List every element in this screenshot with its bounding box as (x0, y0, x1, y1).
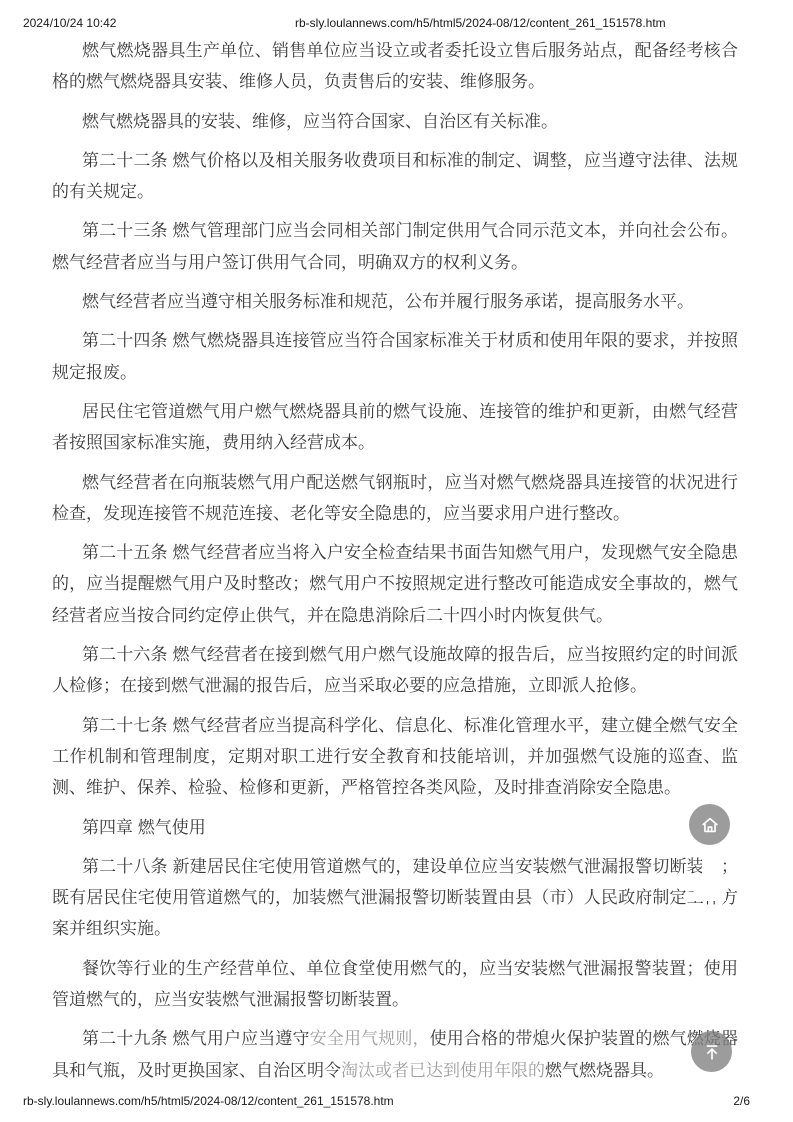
paragraph: 燃气经营者应当遵守相关服务标准和规范，公布并履行服务承诺，提高服务水平。 (52, 286, 738, 317)
render-artifact-patch (694, 884, 726, 901)
text-segment: 餐饮等行业的生产经营单位、单位食堂使用燃气的，应当安装燃气泄漏报警装置；使用管道… (52, 959, 738, 1009)
arrow-up-to-top-icon (701, 1041, 723, 1063)
text-segment: 第二十九条 燃气用户应当遵守 (82, 1029, 310, 1048)
paragraph: 燃气经营者在向瓶装燃气用户配送燃气钢瓶时，应当对燃气燃烧器具连接管的状况进行检查… (52, 467, 738, 530)
text-segment: 安全用气规则， (310, 1029, 430, 1048)
text-segment: 燃气经营者应当遵守相关服务标准和规范，公布并履行服务承诺，提高服务水平。 (82, 292, 694, 311)
paragraph: 第二十四条 燃气燃烧器具连接管应当符合国家标准关于材质和使用年限的要求，并按照规… (52, 325, 738, 388)
paragraph: 第二十二条 燃气价格以及相关服务收费项目和标准的制定、调整，应当遵守法律、法规的… (52, 145, 738, 208)
home-icon (699, 814, 721, 836)
paragraph: 燃气燃烧器具的安装、维修，应当符合国家、自治区有关标准。 (52, 106, 738, 137)
footer-page-number: 2/6 (733, 1094, 750, 1108)
footer-url: rb-sly.loulannews.com/h5/html5/2024-08/1… (23, 1094, 394, 1108)
paragraph: 第二十八条 新建居民住宅使用管道燃气的，建设单位应当安装燃气泄漏报警切断装置；既… (52, 851, 738, 945)
text-segment: 第二十五条 燃气经营者应当将入户安全检查结果书面告知燃气用户，发现燃气安全隐患的… (52, 543, 738, 625)
text-segment: 燃气燃烧器具的安装、维修，应当符合国家、自治区有关标准。 (82, 112, 558, 131)
article-body: 燃气燃烧器具生产单位、销售单位应当设立或者委托设立售后服务站点，配备经考核合格的… (52, 27, 738, 1086)
paragraph: 第二十九条 燃气用户应当遵守安全用气规则，使用合格的带熄火保护装置的燃气燃烧器具… (52, 1023, 738, 1086)
text-segment: 第二十七条 燃气经营者应当提高科学化、信息化、标准化管理水平，建立健全燃气安全工… (52, 716, 738, 798)
render-artifact-patch (702, 858, 722, 874)
print-page: 2024/10/24 10:42 rb-sly.loulannews.com/h… (0, 0, 793, 1122)
paragraph: 第二十五条 燃气经营者应当将入户安全检查结果书面告知燃气用户，发现燃气安全隐患的… (52, 537, 738, 631)
text-segment: 燃气燃烧器具。 (545, 1061, 664, 1080)
text-segment: 燃气燃烧器具生产单位、销售单位应当设立或者委托设立售后服务站点，配备经考核合格的… (52, 41, 738, 91)
text-segment: 第二十四条 燃气燃烧器具连接管应当符合国家标准关于材质和使用年限的要求，并按照规… (52, 331, 738, 381)
text-segment: 第二十八条 新建居民住宅使用管道燃气的，建设单位应当安装燃气泄漏报警切断装置；既… (52, 857, 738, 939)
text-segment: 居民住宅管道燃气用户燃气燃烧器具前的燃气设施、连接管的维护和更新，由燃气经营者按… (52, 402, 738, 452)
text-segment: 淘汰或者已达到使用年限的 (341, 1061, 545, 1080)
paragraph: 第二十三条 燃气管理部门应当会同相关部门制定供用气合同示范文本，并向社会公布。燃… (52, 215, 738, 278)
paragraph: 第二十六条 燃气经营者在接到燃气用户燃气设施故障的报告后，应当按照约定的时间派人… (52, 639, 738, 702)
text-segment: 第二十三条 燃气管理部门应当会同相关部门制定供用气合同示范文本，并向社会公布。燃… (52, 221, 738, 271)
text-segment: 第二十二条 燃气价格以及相关服务收费项目和标准的制定、调整，应当遵守法律、法规的… (52, 151, 738, 201)
chapter-heading: 第四章 燃气使用 (52, 812, 738, 843)
text-segment: 第二十六条 燃气经营者在接到燃气用户燃气设施故障的报告后，应当按照约定的时间派人… (52, 645, 738, 695)
paragraph: 燃气燃烧器具生产单位、销售单位应当设立或者委托设立售后服务站点，配备经考核合格的… (52, 35, 738, 98)
paragraph: 居民住宅管道燃气用户燃气燃烧器具前的燃气设施、连接管的维护和更新，由燃气经营者按… (52, 396, 738, 459)
paragraph: 第二十七条 燃气经营者应当提高科学化、信息化、标准化管理水平，建立健全燃气安全工… (52, 710, 738, 804)
back-to-top-button[interactable] (691, 1031, 732, 1072)
paragraph: 餐饮等行业的生产经营单位、单位食堂使用燃气的，应当安装燃气泄漏报警装置；使用管道… (52, 953, 738, 1016)
home-button[interactable] (689, 804, 730, 845)
text-segment: 燃气经营者在向瓶装燃气用户配送燃气钢瓶时，应当对燃气燃烧器具连接管的状况进行检查… (52, 473, 738, 523)
text-segment: 第四章 燃气使用 (82, 818, 206, 837)
